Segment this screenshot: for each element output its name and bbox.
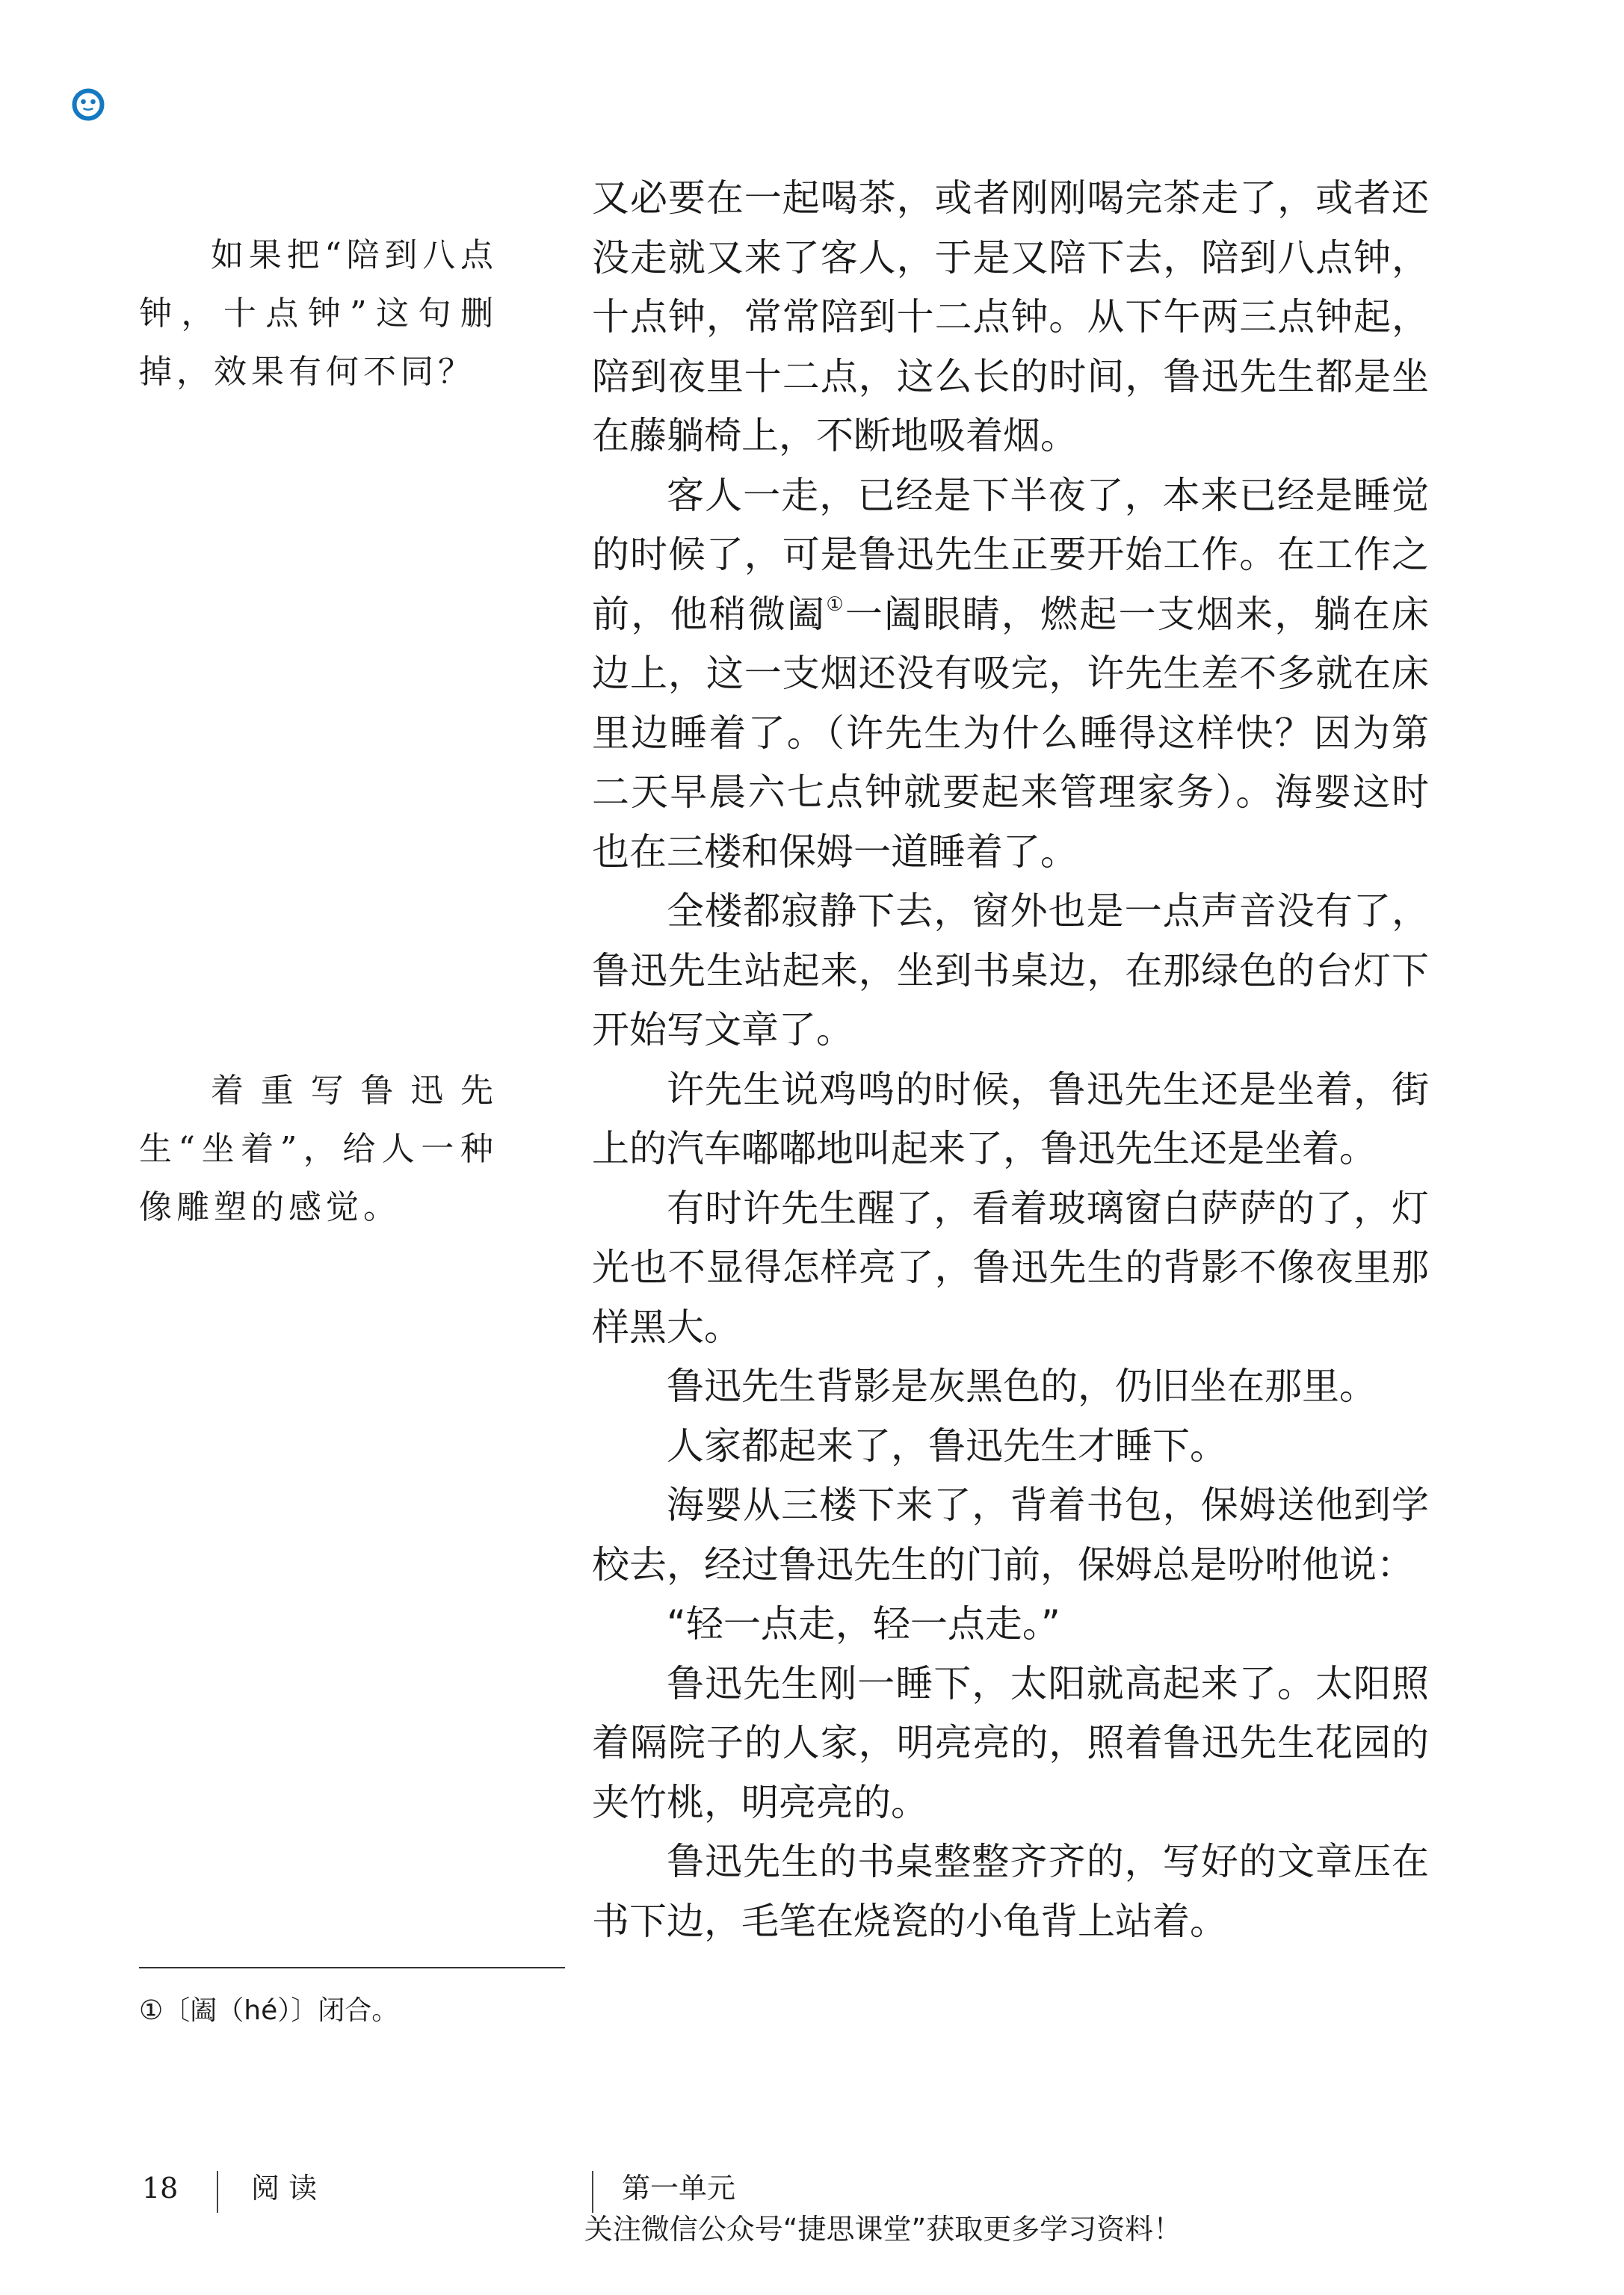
section-label: 阅 读 (251, 2171, 317, 2205)
footnote-marker[interactable]: ① (826, 593, 845, 616)
paragraph: 人家都起来了，鲁迅先生才睡下。 (592, 1417, 1429, 1477)
paragraph: 海婴从三楼下来了，背着书包，保姆送他到学校去，经过鲁迅先生的门前，保姆总是吩咐他… (592, 1476, 1429, 1595)
side-note-1: 如果把“陪到八点钟，十点钟”这句删掉，效果有何不同？ (139, 226, 498, 401)
paragraph: 全楼都寂静下去，窗外也是一点声音没有了，鲁迅先生站起来，坐到书桌边，在那绿色的台… (592, 882, 1429, 1060)
paragraph: 鲁迅先生刚一睡下，太阳就高起来了。太阳照着隔院子的人家，明亮亮的，照着鲁迅先生花… (592, 1655, 1429, 1833)
side-note-2: 着重写鲁迅先生“坐着”，给人一种像雕塑的感觉。 (139, 1062, 498, 1237)
promo-text: 关注微信公众号“捷思课堂”获取更多学习资料！ (0, 2211, 1624, 2248)
paragraph: “轻一点走，轻一点走。” (592, 1595, 1429, 1655)
smiley-face-icon (72, 88, 105, 121)
paragraph: 又必要在一起喝茶，或者刚刚喝完茶走了，或者还没走就又来了客人，于是又陪下去，陪到… (592, 169, 1429, 466)
side-note-text: 如果把“陪到八点钟，十点钟”这句删掉，效果有何不同？ (139, 226, 498, 401)
footer-divider (217, 2171, 218, 2213)
paragraph: 客人一走，已经是下半夜了，本来已经是睡觉的时候了，可是鲁迅先生正要开始工作。在工… (592, 466, 1429, 883)
paragraph: 鲁迅先生的书桌整整齐齐的，写好的文章压在书下边，毛笔在烧瓷的小龟背上站着。 (592, 1832, 1429, 1951)
page-number: 18 (142, 2171, 178, 2205)
unit-label: 第一单元 (622, 2171, 735, 2205)
paragraph: 鲁迅先生背影是灰黑色的，仍旧坐在那里。 (592, 1357, 1429, 1417)
footer-divider (592, 2171, 593, 2213)
paragraph: 有时许先生醒了，看着玻璃窗白萨萨的了，灯光也不显得怎样亮了，鲁迅先生的背影不像夜… (592, 1179, 1429, 1358)
footnote: ①〔阖（hé）〕闭合。 (139, 1992, 398, 2030)
paragraph: 许先生说鸡鸣的时候，鲁迅先生还是坐着，街上的汽车嘟嘟地叫起来了，鲁迅先生还是坐着… (592, 1060, 1429, 1179)
side-note-text: 着重写鲁迅先生“坐着”，给人一种像雕塑的感觉。 (139, 1062, 498, 1237)
footnote-divider (139, 1967, 565, 1968)
main-text: 又必要在一起喝茶，或者刚刚喝完茶走了，或者还没走就又来了客人，于是又陪下去，陪到… (592, 169, 1429, 1951)
